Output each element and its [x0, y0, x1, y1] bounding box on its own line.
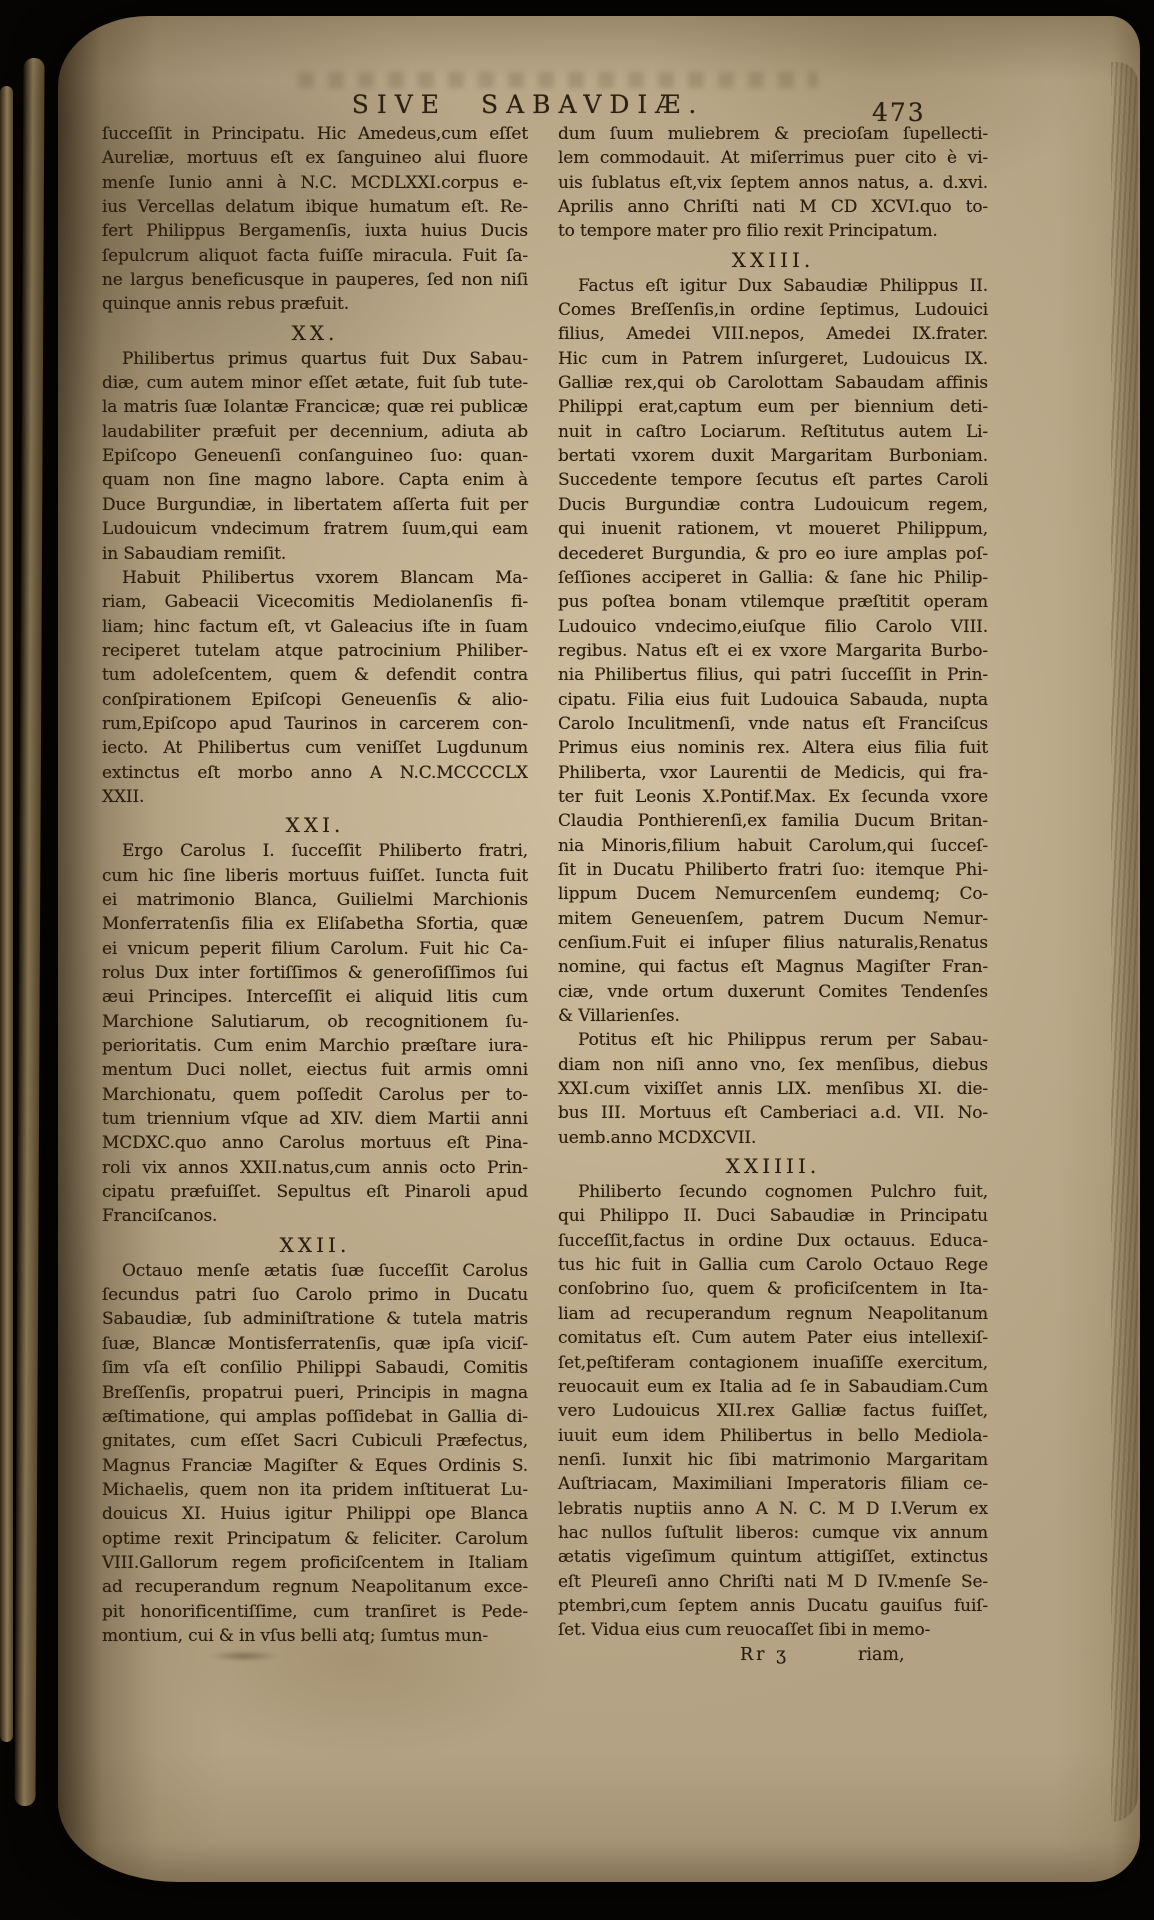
text-line: perioritatis. Cum enim Marchio præſtare … [102, 1034, 528, 1058]
text-column-left: ſucceſſit in Principatu. Hic Amedeus,cum… [102, 122, 528, 1667]
text-line: Michaelis, quem non ita pridem inſtituer… [102, 1478, 528, 1502]
text-line: to tempore mater pro filio rexit Princip… [558, 219, 988, 243]
text-line: ſecundus patri ſuo Carolo primo in Ducat… [102, 1283, 528, 1307]
facing-page-edge [0, 86, 13, 1742]
facing-page-edge-2 [14, 58, 44, 1806]
section-heading: XXIIII. [558, 1154, 988, 1179]
text-line: nia Philibertus filius, qui patri ſucceſ… [558, 663, 988, 687]
text-line: decederet Burgundia, & pro eo iure ampla… [558, 542, 988, 566]
section-heading: XXI. [102, 813, 528, 838]
text-line: Epiſcopo Geneuenſi conſanguineo ſuo: qua… [102, 444, 528, 468]
text-line: uemb.anno MCDXCVII. [558, 1126, 988, 1150]
section-heading: XXIII. [558, 248, 988, 273]
text-line: montium, cui & in vſus belli atq; ſumtus… [102, 1624, 528, 1648]
text-line: Ludouicum vndecimum fratrem ſuum,qui eam [102, 517, 528, 541]
text-line: Potitus eſt hic Philippus rerum per Saba… [558, 1028, 988, 1052]
text-line: lem commodauit. At miſerrimus puer cito … [558, 146, 988, 170]
text-line: extinctus eſt morbo anno A N.C.MCCCCLX [102, 761, 528, 785]
page-stack-edge [1111, 62, 1138, 1822]
text-line: lippum Ducem Nemurcenſem eundemq; Co- [558, 882, 988, 906]
signature-mark: Rr ʒ [740, 1643, 789, 1667]
text-line: VIII.Gallorum regem proficiſcentem in It… [102, 1551, 528, 1575]
text-line: ſet,peſtiferam contagionem inuaſiſſe exe… [558, 1351, 988, 1375]
text-line: iuuit eum idem Philibertus in bello Medi… [558, 1424, 988, 1448]
text-line: Philiberto ſecundo cognomen Pulchro fuit… [558, 1180, 988, 1204]
text-line: cipatu. Filia eius fuit Ludouica Sabauda… [558, 688, 988, 712]
text-line: ei vnicum peperit filium Carolum. Fuit h… [102, 937, 528, 961]
text-line: liam ad recuperandum regnum Neapolitanum [558, 1302, 988, 1326]
text-line: Sabaudiæ, ſub adminiſtratione & tutela m… [102, 1307, 528, 1331]
text-line: cenſium.Fuit ei inſuper filius naturalis… [558, 931, 988, 955]
text-line: ptembri,cum ſeptem annis Ducatu gauiſus … [558, 1594, 988, 1618]
text-line: Carolo Inculitmenſi, vnde natus eſt Fran… [558, 712, 988, 736]
text-line: Factus eſt igitur Dux Sabaudiæ Philippus… [558, 274, 988, 298]
text-line: diam non niſi anno vno, ſex menſibus, di… [558, 1053, 988, 1077]
text-line: roli vix annos XXII.natus,cum annis octo… [102, 1156, 528, 1180]
text-line: nia Minoris,filium habuit Carolum,qui ſu… [558, 834, 988, 858]
text-column-right: dum ſuum muliebrem & precioſam ſupellect… [558, 122, 988, 1667]
text-line: XXII. [102, 785, 528, 809]
text-line: & Villarienſes. [558, 1004, 988, 1028]
text-line: XXI.cum vixiſſet annis LIX. menſibus XI.… [558, 1077, 988, 1101]
text-line: pus poſtea bonam vtilemque præſtitit ope… [558, 590, 988, 614]
text-line: tum triennium vſque ad XIV. diem Martii … [102, 1107, 528, 1131]
text-line: riam, Gabeacii Vicecomitis Mediolanenſis… [102, 590, 528, 614]
text-line: Ergo Carolus I. ſucceſſit Philiberto fra… [102, 839, 528, 863]
text-line: mitem Geneuenſem, patrem Ducum Nemur- [558, 907, 988, 931]
text-line: pit honorificentiſſime, cum tranſiret is… [102, 1600, 528, 1624]
running-title: SIVE SABAVDIÆ. [178, 90, 878, 119]
text-line: ſim vſa eſt conſilio Philippi Sabaudi, C… [102, 1356, 528, 1380]
text-line: Ludouico vndecimo,eiuſque filio Carolo V… [558, 615, 988, 639]
text-line: conſobrino ſuo, quem & proficiſcentem in… [558, 1277, 988, 1301]
text-line: ſuæ, Blancæ Montisferratenſis, quæ ipſa … [102, 1332, 528, 1356]
text-line: comitatus eſt. Cum autem Pater eius inte… [558, 1326, 988, 1350]
text-line: ſucceſſit in Principatu. Hic Amedeus,cum… [102, 122, 528, 146]
text-line: vero Ludouicus XII.rex Galliæ factus fui… [558, 1399, 988, 1423]
text-line: Octauo menſe ætatis ſuæ ſucceſſit Carolu… [102, 1259, 528, 1283]
text-line: quam non ſine magno labore. Capta enim à [102, 468, 528, 492]
text-line: tum adoleſcentem, quem & defendit contra [102, 663, 528, 687]
text-line: iecto. At Philibertus cum veniſſet Lugdu… [102, 736, 528, 760]
text-line: diæ, cum autem minor eſſet ætate, fuit ſ… [102, 371, 528, 395]
ink-bleed-through [298, 72, 818, 88]
text-line: Marchionatu, quem poſſedit Carolus per t… [102, 1083, 528, 1107]
text-line: in Sabaudiam remiſit. [102, 542, 528, 566]
text-line: reuocauit eum ex Italia ad ſe in Sabaudi… [558, 1375, 988, 1399]
text-line: liam; hinc factum eſt, vt Galeacius iſte… [102, 615, 528, 639]
text-line: æui Principes. Interceſſit ei aliquid li… [102, 985, 528, 1009]
text-line: la matris ſuæ Iolantæ Francicæ; quæ rei … [102, 395, 528, 419]
text-line: Philiberta, vxor Laurentii de Medicis, q… [558, 761, 988, 785]
text-line: Duce Burgundiæ, in libertatem aſſerta fu… [102, 493, 528, 517]
text-line: filius, Amedei VIII.nepos, Amedei IX.fra… [558, 322, 988, 346]
text-line: ſet. Vidua eius cum reuocaſſet ſibi in m… [558, 1618, 988, 1642]
text-line: rolus Dux inter fortiſſimos & generoſiſſ… [102, 961, 528, 985]
text-line: Breſſenſis, propatrui pueri, Principis i… [102, 1381, 528, 1405]
text-line: ſeſſiones acciperet in Gallia: & ſane hi… [558, 566, 988, 590]
text-line: dum ſuum muliebrem & precioſam ſupellect… [558, 122, 988, 146]
text-line: gnitates, cum eſſet Sacri Cubiculi Præfe… [102, 1429, 528, 1453]
text-line: Franciſcanos. [102, 1204, 528, 1228]
section-heading: XXII. [102, 1233, 528, 1258]
book-scan: SIVE SABAVDIÆ. 473 ſucceſſit in Principa… [0, 0, 1154, 1920]
text-line: ius Vercellas delatum ibique humatum eſt… [102, 195, 528, 219]
text-line: quinque annis rebus præfuit. [102, 292, 528, 316]
text-line: qui Philippo II. Duci Sabaudiæ in Princi… [558, 1204, 988, 1228]
text-line: ſepulcrum aliquot facta fuiſſe miracula.… [102, 244, 528, 268]
text-line: Claudia Ponthierenſi,ex familia Ducum Br… [558, 809, 988, 833]
text-line: Magnus Franciæ Magiſter & Eques Ordinis … [102, 1454, 528, 1478]
text-line: Ducis Burgundiæ contra Ludouicum regem, [558, 493, 988, 517]
text-line: uis ſublatus eſt,vix ſeptem annos natus,… [558, 171, 988, 195]
text-line: ei matrimonio Blanca, Guilielmi Marchion… [102, 888, 528, 912]
text-line: nomine, qui factus eſt Magnus Magiſter F… [558, 955, 988, 979]
text-line: ciæ, vnde ortum duxerunt Comites Tendenſ… [558, 980, 988, 1004]
text-line: bertati vxorem duxit Margaritam Burbonia… [558, 444, 988, 468]
text-line: ſit in Ducatu Philiberto fratri ſuo: ite… [558, 858, 988, 882]
text-line: lebratis nuptiis anno A N. C. M D I.Veru… [558, 1497, 988, 1521]
text-line: fert Philippus Bergamenſis, iuxta huius … [102, 219, 528, 243]
text-line: douicus XI. Huius igitur Philippi ope Bl… [102, 1502, 528, 1526]
text-line: Hic cum in Patrem inſurgeret, Ludouicus … [558, 347, 988, 371]
text-line: qui inuenit rationem, vt moueret Philipp… [558, 517, 988, 541]
text-line: conſpirationem Epiſcopi Geneuenſis & ali… [102, 688, 528, 712]
text-line: Galliæ rex,qui ob Carolottam Sabaudam af… [558, 371, 988, 395]
text-line: Marchione Salutiarum, ob recognitionem ſ… [102, 1010, 528, 1034]
text-line: Habuit Philibertus vxorem Blancam Ma- [102, 566, 528, 590]
book-page: SIVE SABAVDIÆ. 473 ſucceſſit in Principa… [58, 16, 1140, 1882]
text-line: ad recuperandum regnum Neapolitanum exce… [102, 1575, 528, 1599]
text-line: Primus eius nominis rex. Altera eius fil… [558, 736, 988, 760]
text-line: ter fuit Leonis X.Pontif.Max. Ex ſecunda… [558, 785, 988, 809]
text-line: mentum Duci nollet, eiectus fuit armis o… [102, 1058, 528, 1082]
text-line: regibus. Natus eſt ei ex vxore Margarita… [558, 639, 988, 663]
text-line: eſt Pleureſi anno Chriſti nati M D IV.me… [558, 1570, 988, 1594]
text-line: hac nullos ſuſtulit liberos: cumque vix … [558, 1521, 988, 1545]
text-line: rum,Epiſcopo apud Taurinos in carcerem c… [102, 712, 528, 736]
text-line: ne largus beneficusque in pauperes, ſed … [102, 268, 528, 292]
text-line: nenſi. Iunxit hic ſibi matrimonio Margar… [558, 1448, 988, 1472]
text-line: cipatu præfuiſſet. Sepultus eſt Pinaroli… [102, 1180, 528, 1204]
text-line: æſtimatione, qui amplas poſſidebat in Ga… [102, 1405, 528, 1429]
text-line: Comes Breſſenſis,in ordine ſeptimus, Lud… [558, 298, 988, 322]
text-line: tus hic fuit in Gallia cum Carolo Octauo… [558, 1253, 988, 1277]
catchword: riam, [858, 1643, 905, 1667]
text-line: ſucceſſit,factus in ordine Dux octauus. … [558, 1229, 988, 1253]
text-line: Succedente tempore ſecutus eſt partes Ca… [558, 468, 988, 492]
text-line: laudabiliter præfuit per decennium, adiu… [102, 420, 528, 444]
text-line: Philippi erat,captum eum per biennium de… [558, 395, 988, 419]
text-line: cum hic ſine liberis mortuus fuiſſet. Iu… [102, 864, 528, 888]
signature-line: Rr ʒriam, [558, 1643, 988, 1667]
text-line: MCDXC.quo anno Carolus mortuus eſt Pina- [102, 1131, 528, 1155]
text-block: ſucceſſit in Principatu. Hic Amedeus,cum… [102, 122, 988, 1667]
text-line: menſe Iunio anni à N.C. MCDLXXI.corpus e… [102, 171, 528, 195]
text-line: nuit in caſtro Lociarum. Reſtitutus aute… [558, 420, 988, 444]
text-line: Monferratenſis filia ex Eliſabetha Sfort… [102, 912, 528, 936]
text-line: reciperet tutelam atque patrocinium Phil… [102, 639, 528, 663]
text-line: Philibertus primus quartus fuit Dux Saba… [102, 347, 528, 371]
text-line: ætatis vigeſimum quintum attigiſſet, ext… [558, 1545, 988, 1569]
text-line: Aureliæ, mortuus eſt ex ſanguineo alui f… [102, 146, 528, 170]
text-line: optime rexit Principatum & feliciter. Ca… [102, 1527, 528, 1551]
text-line: Aprilis anno Chriſti nati M CD XCVI.quo … [558, 195, 988, 219]
section-heading: XX. [102, 321, 528, 346]
text-line: Auſtriacam, Maximiliani Imperatoris fili… [558, 1472, 988, 1496]
text-line: bus III. Mortuus eſt Camberiaci a.d. VII… [558, 1101, 988, 1125]
